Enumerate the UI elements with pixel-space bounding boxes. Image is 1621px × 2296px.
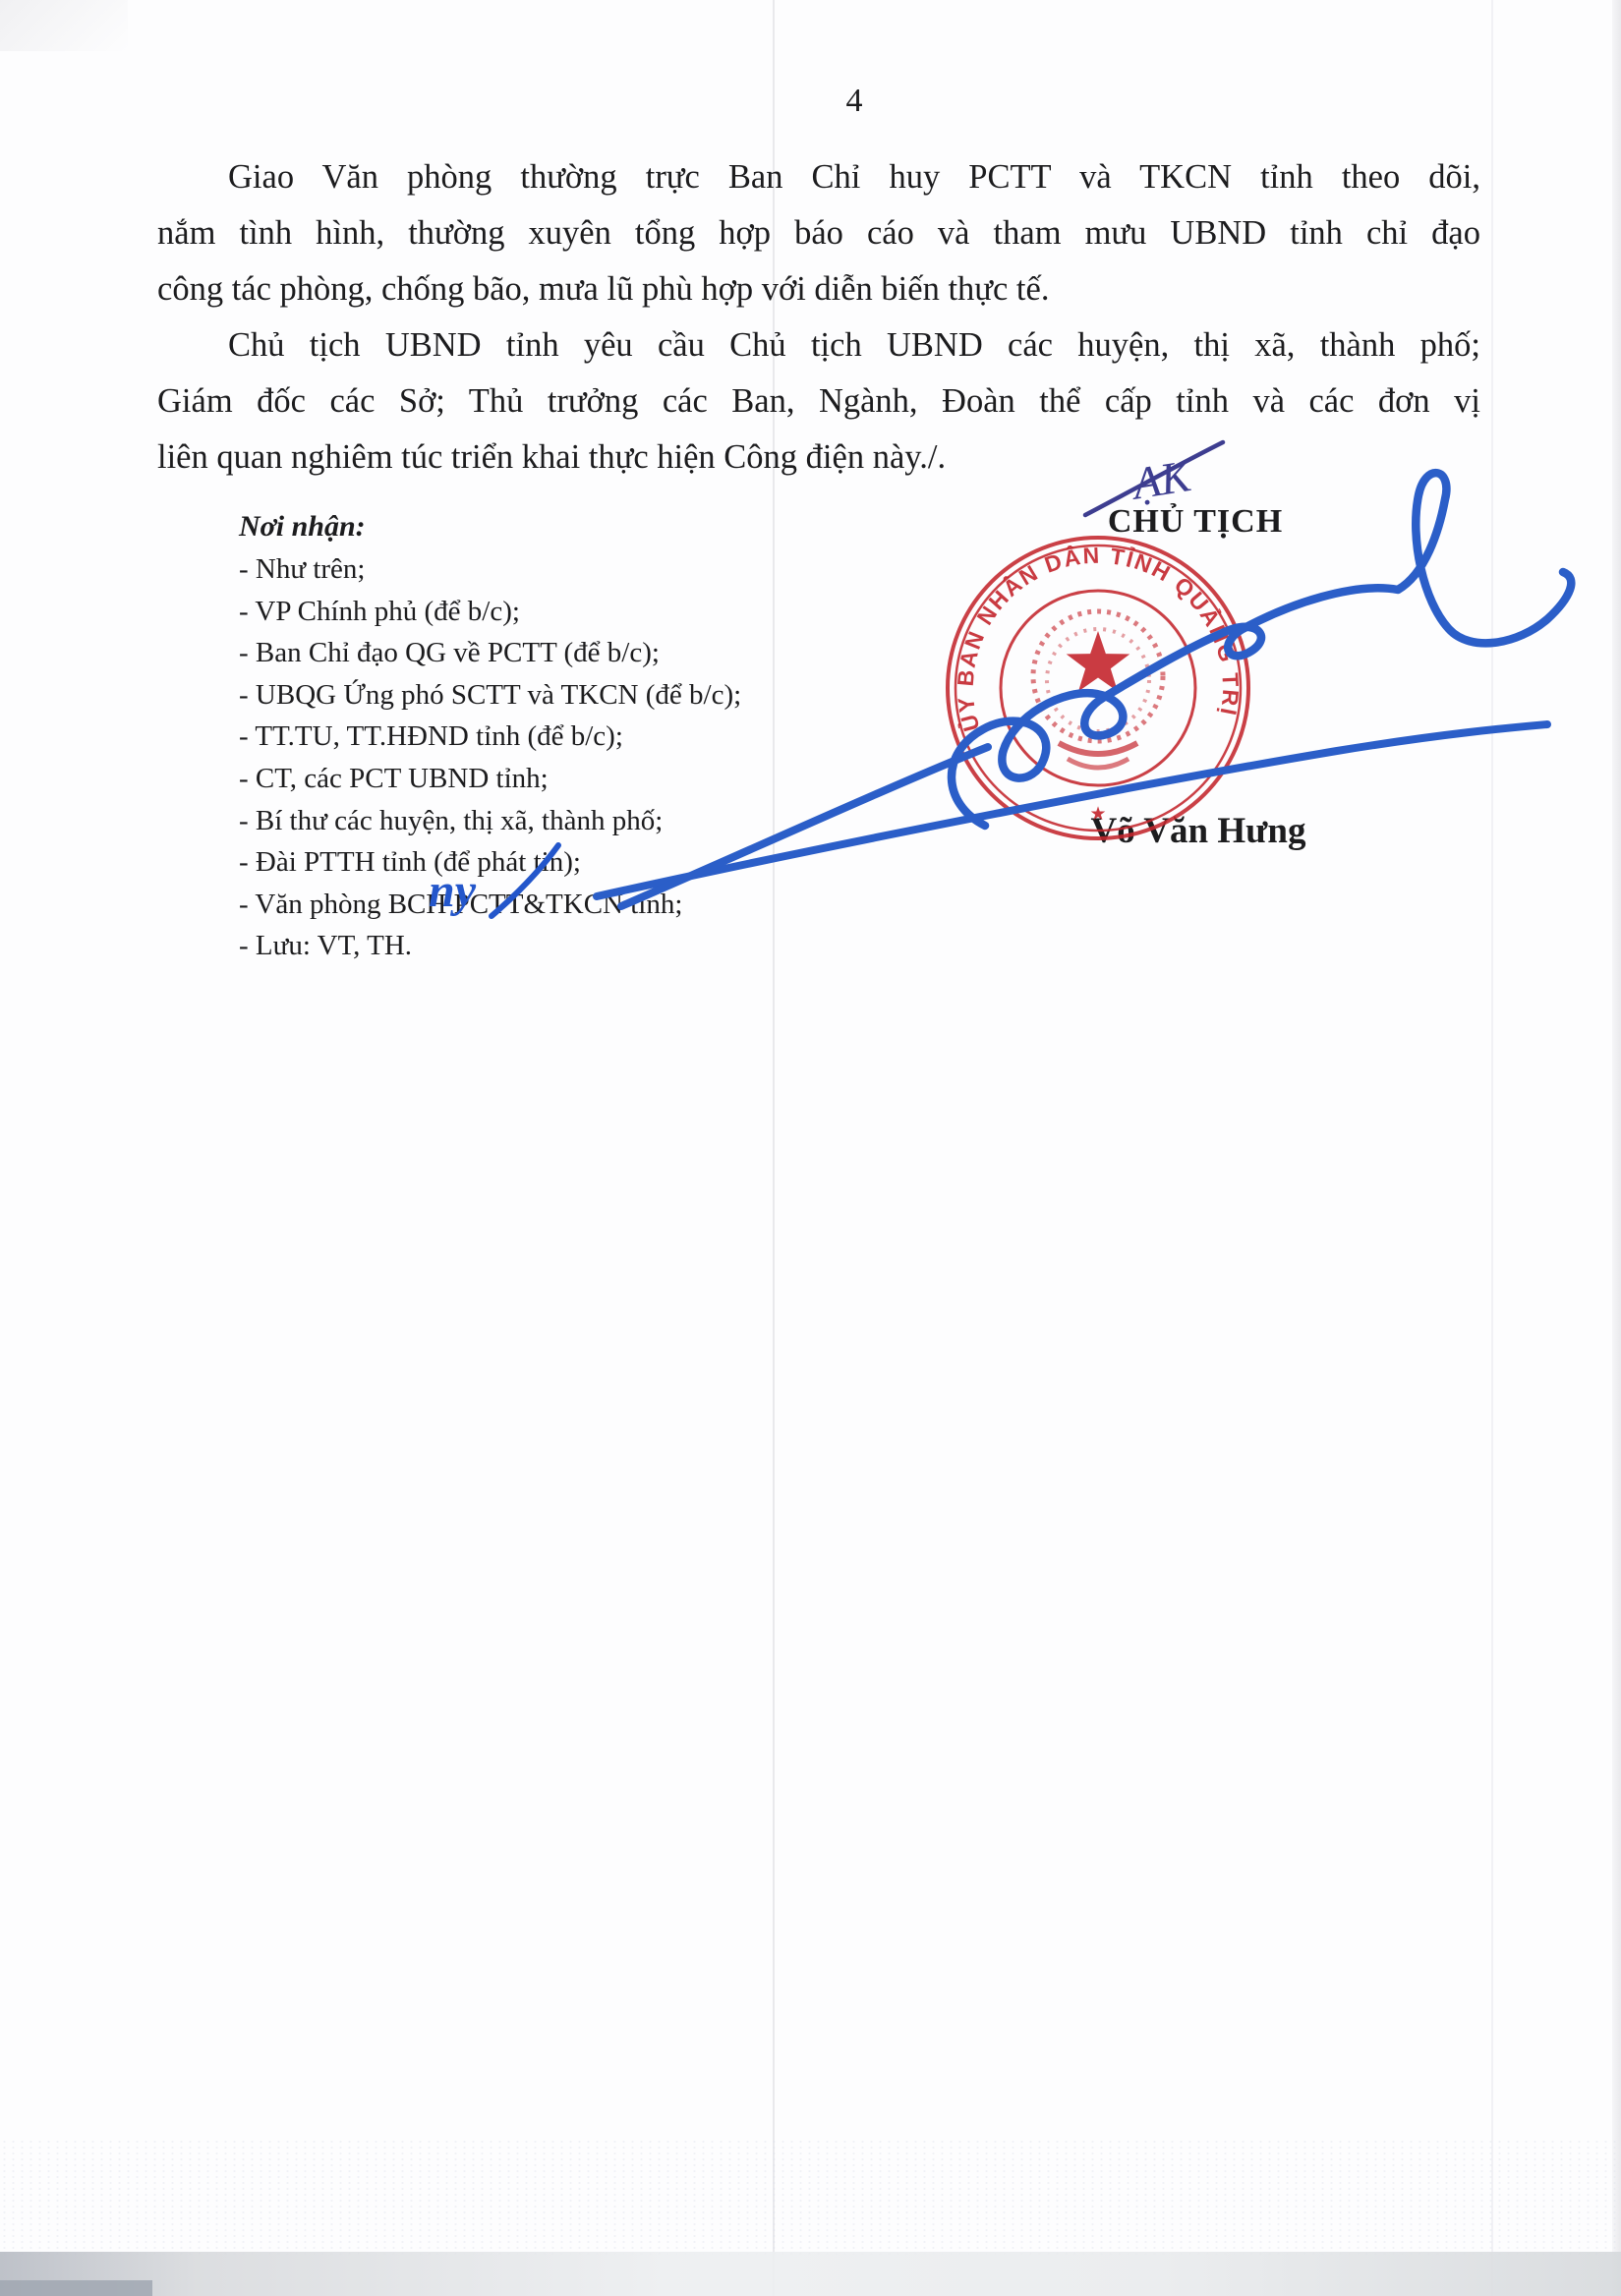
recipient-item: - Bí thư các huyện, thị xã, thành phố;	[239, 800, 789, 842]
paragraph-line: nắm tình hình, thường xuyên tổng hợp báo…	[157, 205, 1480, 261]
seal-gear-arc	[1059, 743, 1137, 754]
recipient-item: - CT, các PCT UBND tỉnh;	[239, 758, 789, 800]
scan-corner-shadow	[0, 2280, 152, 2296]
official-seal: ỦY BAN NHÂN DÂN TỈNH QUẢNG TRỊ ★	[943, 533, 1253, 843]
paragraph: Giao Văn phòng thường trực Ban Chỉ huy P…	[157, 149, 1480, 317]
recipient-item: - Văn phòng BCH PCTT&TKCN tỉnh;	[239, 884, 789, 926]
official-seal-graphic: ỦY BAN NHÂN DÂN TỈNH QUẢNG TRỊ ★	[943, 533, 1253, 843]
document-page: 4 Giao Văn phòng thường trực Ban Chỉ huy…	[0, 0, 1621, 2296]
recipient-item: - Lưu: VT, TH.	[239, 925, 789, 967]
recipient-item: - Như trên;	[239, 548, 789, 591]
recipient-item: - UBQG Ứng phó SCTT và TKCN (để b/c);	[239, 674, 789, 717]
recipient-item: - VP Chính phủ (để b/c);	[239, 591, 789, 633]
page-number: 4	[822, 83, 887, 120]
recipients-title: Nơi nhận:	[239, 505, 789, 548]
recipient-item: - Đài PTTH tỉnh (để phát tin);	[239, 841, 789, 884]
scan-noise	[0, 2139, 1621, 2255]
body-text: Giao Văn phòng thường trực Ban Chỉ huy P…	[157, 149, 1480, 486]
recipients-block: Nơi nhận: - Như trên; - VP Chính phủ (để…	[239, 505, 789, 967]
paragraph-line: Chủ tịch UBND tỉnh yêu cầu Chủ tịch UBND…	[157, 317, 1480, 373]
paragraph: Chủ tịch UBND tỉnh yêu cầu Chủ tịch UBND…	[157, 317, 1480, 486]
scan-edge-shadow	[1612, 0, 1621, 2296]
paragraph-line: Giao Văn phòng thường trực Ban Chỉ huy P…	[157, 149, 1480, 205]
seal-bottom-star-icon: ★	[1089, 804, 1106, 825]
scan-bottom-band	[0, 2252, 1621, 2296]
paragraph-line: công tác phòng, chống bão, mưa lũ phù hợ…	[157, 261, 1480, 317]
paragraph-line: liên quan nghiêm túc triển khai thực hiệ…	[157, 430, 1480, 486]
scan-fold-line	[1491, 0, 1493, 2296]
seal-star-icon	[1067, 631, 1130, 692]
paragraph-line: Giám đốc các Sở; Thủ trưởng các Ban, Ngà…	[157, 373, 1480, 430]
recipient-item: - Ban Chỉ đạo QG về PCTT (để b/c);	[239, 632, 789, 674]
seal-gear-arc	[1068, 759, 1129, 768]
scan-smudge	[0, 0, 128, 51]
seal-outer-ring	[948, 538, 1248, 838]
recipient-item: - TT.TU, TT.HĐND tỉnh (để b/c);	[239, 716, 789, 758]
